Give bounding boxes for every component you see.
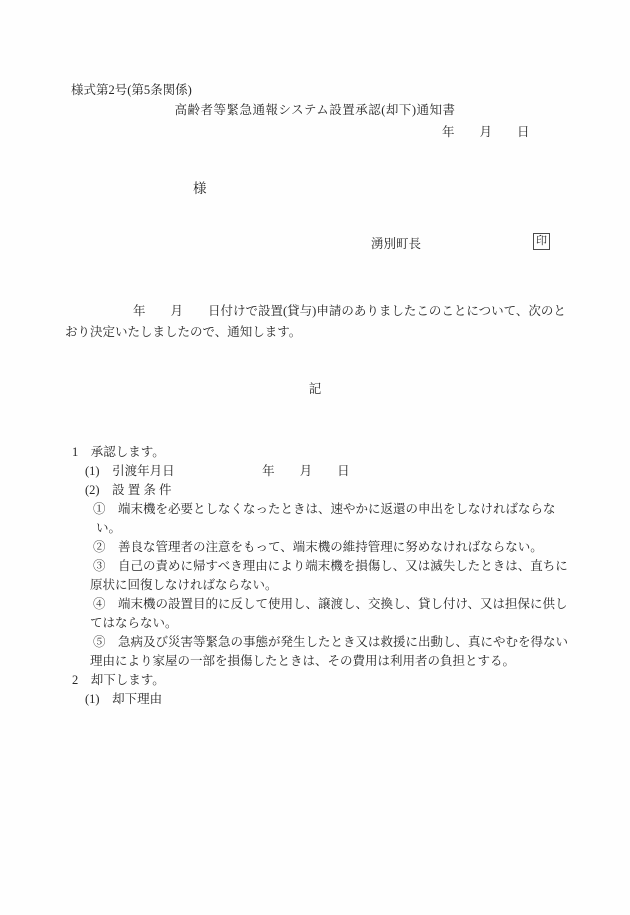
body-paragraph-line2: おり決定いたしましたので、通知します。 — [65, 325, 301, 340]
list-line-reject: 2 却下します。 — [0, 671, 630, 690]
list-line-clause2: ② 善良な管理者の注意をもって、端末機の維持管理に努めなければならない。 — [0, 538, 630, 557]
list-line-clause4: ④ 端末機の設置目的に反して使用し、譲渡し、交換し、貸し付け、又は担保に供し — [0, 595, 630, 614]
list-line-clause1: ① 端末機を必要としなくなったときは、速やかに返還の申出をしなければならな — [0, 500, 630, 519]
document-title: 高齢者等緊急通報システム設置承認(却下)通知書 — [0, 103, 630, 118]
body-paragraph-line1: 年 月 日付けで設置(貸与)申請のありましたこのことについて、次のと — [133, 304, 566, 319]
list-line-conditions: (2) 設 置 条 件 — [0, 481, 630, 500]
list-line-clause5: ⑤ 急病及び災害等緊急の事態が発生したとき又は救援に出動し、真にやむを得ない — [0, 633, 630, 652]
list-line-clause3: ③ 自己の責めに帰すべき理由により端末機を損傷し、又は滅失したときは、直ちに — [0, 557, 630, 576]
seal-box: 印 — [533, 233, 550, 250]
conditions-list: 1 承認します。 (1) 引渡年月日 年 月 日 (2) 設 置 条 件 ① 端… — [0, 443, 630, 709]
sender-title: 湧別町長 — [371, 237, 421, 252]
list-line-handover-date: (1) 引渡年月日 年 月 日 — [0, 462, 630, 481]
form-number: 様式第2号(第5条関係) — [71, 83, 192, 98]
list-line-clause1-cont: い。 — [0, 519, 630, 538]
list-line-clause5-cont: 理由により家屋の一部を損傷したときは、その費用は利用者の負担とする。 — [0, 652, 630, 671]
list-line-approve: 1 承認します。 — [0, 443, 630, 462]
record-heading: 記 — [0, 382, 630, 397]
seal-label: 印 — [536, 235, 547, 247]
list-line-clause3-cont: 原状に回復しなければならない。 — [0, 576, 630, 595]
list-line-clause4-cont: てはならない。 — [0, 614, 630, 633]
list-line-reject-reason: (1) 却下理由 — [0, 690, 630, 709]
issue-date-line: 年 月 日 — [442, 125, 530, 140]
document-page: 様式第2号(第5条関係) 高齢者等緊急通報システム設置承認(却下)通知書 年 月… — [0, 0, 630, 915]
addressee-honorific: 様 — [193, 181, 207, 196]
